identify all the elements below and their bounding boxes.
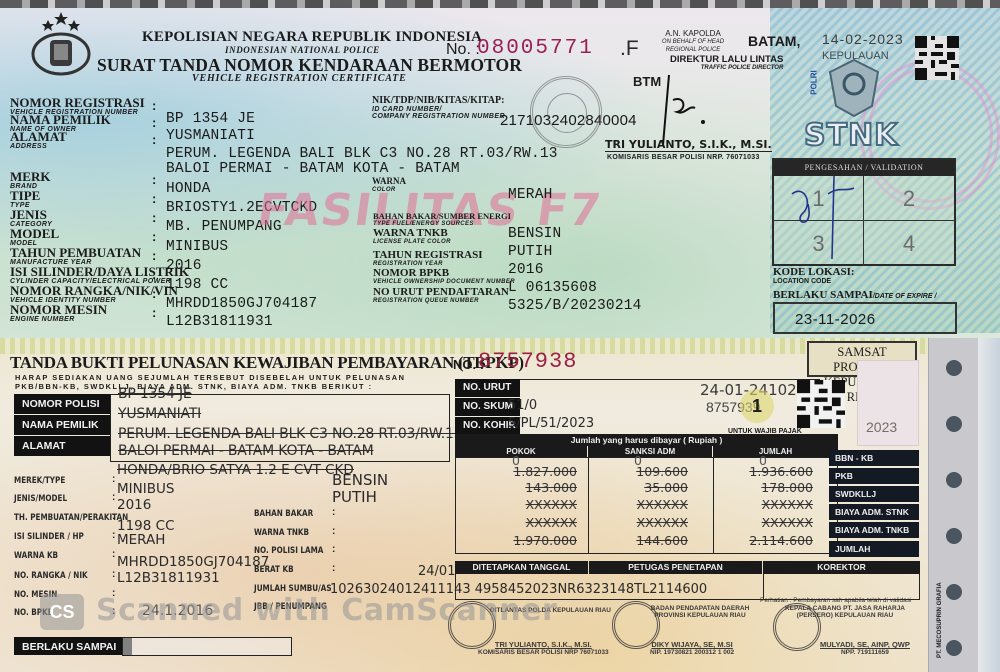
payment-item-label: SWDKLLJ (829, 486, 919, 502)
vehicle-value: MERAH (117, 532, 165, 548)
payment-cell-pokok: XXXXXX (455, 497, 577, 512)
stnk-value: MERAH (508, 187, 553, 203)
stnk-value: MINIBUS (166, 239, 228, 255)
payment-cell-sanksi: XXXXXX (588, 515, 688, 530)
signer-3: MULYADI, SE, AINP, QWPNPP. 719111659 (820, 640, 910, 656)
ref-kohir-value: 5/PL/51/2023 (508, 416, 594, 431)
label-colon: : (152, 191, 156, 206)
footer-col-corrector: KOREKTOR (763, 561, 920, 574)
document-title-en: VEHICLE REGISTRATION CERTIFICATE (192, 73, 407, 84)
ref-line (520, 379, 820, 380)
stnk-value: BENSIN (508, 226, 561, 242)
label-colon: : (152, 210, 156, 225)
issuer-position: DIREKTUR LALU LINTAS TRAFFIC POLICE DIRE… (670, 54, 783, 71)
stnk-value: PERUM. LEGENDA BALI BLK C3 NO.28 RT.03/R… (166, 146, 558, 162)
owner-label-plate: NOMOR POLISI (14, 394, 110, 414)
vehicle-value: PUTIH (332, 488, 377, 506)
label-colon: : (112, 530, 115, 541)
paper-edge (978, 338, 1000, 672)
vehicle-value: 2016 (117, 497, 151, 513)
tbpkp-number: 8757938 (478, 349, 577, 374)
footer-col-officer: PETUGAS PENETAPAN (589, 561, 762, 574)
owner-address-1: PERUM. LEGENDA BALI BLK C3 NO.28 RT.03/R… (118, 426, 462, 442)
vehicle-value: MHRDD1850GJ704187 (117, 554, 269, 570)
tbpkp-card: TANDA BUKTI PELUNASAN KEWAJIBAN PEMBAYAR… (0, 338, 1000, 672)
vehicle-label: MEREK/TYPE (14, 476, 65, 486)
footer-col-date: DITETAPKAN TANGGAL (455, 561, 588, 574)
stnk-value: 5325/B/20230214 (508, 298, 642, 314)
signer-1: TRI YULIANTO, S.I.K., M.SI.KOMISARIS BES… (478, 640, 609, 656)
stnk-value: L12B31811931 (166, 314, 273, 330)
payment-cell-jumlah: 2.114.600 (713, 533, 813, 548)
label-colon: : (332, 507, 335, 518)
label-colon: : (112, 511, 115, 522)
payment-cell-jumlah: XXXXXX (713, 497, 813, 512)
vehicle-label: BERAT KB (254, 565, 294, 575)
stnk-label: TAHUN PEMBUATANMANUFACTURE YEAR (10, 246, 141, 266)
vehicle-label: NO. POLISI LAMA (254, 546, 323, 556)
stnk-label: BAHAN BAKAR/SUMBER ENERGITYPE FUEL/ENERG… (373, 212, 511, 228)
payment-item-label: PKB (829, 468, 919, 484)
doc-number-suffix: .F (620, 37, 639, 61)
issuer-rank: KOMISARIS BESAR POLISI NRP. 76071033 (607, 154, 760, 161)
assessed-date: 24/01 (418, 564, 455, 579)
owner-plate: BP 1354 JE (118, 386, 192, 402)
doc-number: 08005771 (477, 37, 594, 60)
stnk-label: TAHUN REGISTRASIREGISTRATION YEAR (373, 250, 483, 268)
payment-instruction: HARAP SEDIAKAN UANG SEJUMLAH TERSEBUT DI… (15, 373, 405, 391)
round-stamp (530, 76, 602, 148)
location-code-label: KODE LOKASI: LOCATION CODE (773, 266, 855, 285)
vehicle-value: HONDA/BRIO SATYA 1.2 E CVT CKD (117, 462, 354, 478)
ref-skum-value: 51/0 (508, 398, 537, 413)
label-colon: : (152, 172, 156, 187)
payment-cell-pokok: 1.970.000 (455, 533, 577, 548)
payment-item-label: BIAYA ADM. STNK (829, 504, 919, 520)
label-colon: : (112, 492, 115, 503)
validation-notice: Perhatian : Pembayaran sah apabila telah… (760, 597, 911, 604)
expiry-box: 23-11-2026 (773, 302, 957, 334)
stnk-value: BP 1354 JE (166, 111, 255, 127)
stnk-label: WARNA TNKBLICENSE PLATE COLOR (373, 228, 451, 246)
stnk-value: BALOI PERMAI - BATAM KOTA - BATAM (166, 161, 460, 177)
vehicle-label: NO. RANGKA / NIK (14, 571, 88, 581)
agency-name: KEPOLISIAN NEGARA REPUBLIK INDONESIA (142, 29, 482, 46)
payment-item-label: JUMLAH (829, 541, 919, 557)
owner-label-name: NAMA PEMILIK (14, 415, 110, 435)
stnk-label: JENISCATEGORY (10, 208, 52, 228)
label-colon: : (152, 115, 156, 130)
label-colon: : (332, 544, 335, 555)
vehicle-label: JENIS/MODEL (14, 494, 67, 504)
stnk-hologram: KEPULAUAN POLRI STNK (800, 28, 910, 158)
on-behalf-label: A.N. KAPOLDA ON BEHALF OF HEAD REGIONAL … (658, 30, 728, 54)
payment-cell-jumlah: XXXXXX (713, 515, 813, 530)
camscanner-logo-icon: CS (40, 594, 84, 630)
payment-title: Jumlah yang harus dibayar ( Rupiah ) (455, 434, 838, 446)
agency-name-en: INDONESIAN NATIONAL POLICE (225, 45, 380, 55)
stnk-label: MERKBRAND (10, 170, 50, 190)
stnk-value: MHRDD1850GJ704187 (166, 296, 317, 312)
expiry-box-tbpkp (122, 637, 292, 656)
copy-number-badge: 1 (740, 389, 774, 423)
payment-cell-jumlah: 178.000 (713, 480, 813, 495)
label-colon: : (112, 569, 115, 580)
validation-cell-4: 4 (864, 221, 954, 266)
validation-cell-2: 2 (864, 176, 954, 221)
tbpkp-title: TANDA BUKTI PELUNASAN KEWAJIBAN PEMBAYAR… (10, 353, 524, 373)
payment-cell-sanksi: 35.000 (588, 480, 688, 495)
stnk-value: YUSMANIATI (166, 128, 255, 144)
label-colon: : (152, 98, 156, 113)
payment-cell-sanksi: 109.600 (588, 464, 688, 479)
label-colon: : (152, 132, 156, 147)
payment-cell-pokok: XXXXXX (455, 515, 577, 530)
payment-item-label: BIAYA ADM. TNKB (829, 522, 919, 538)
vehicle-label: WARNA TNKB (254, 528, 309, 538)
stnk-label: NOMOR BPKBVEHICLE OWNERSHIP DOCUMENT NUM… (373, 268, 515, 286)
nik-label: NIK/TDP/NIB/KITAS/KITAP: ID CARD NUMBER/… (372, 96, 505, 120)
ref-label-urut: NO. URUT (455, 379, 520, 397)
payment-cell-pokok: 143.000 (455, 480, 577, 495)
expiry-date: 23-11-2026 (795, 311, 876, 328)
payment-cell-sanksi: XXXXXX (588, 497, 688, 512)
stnk-label: ISI SILINDER/DAYA LISTRIKCYLINDER CAPACI… (10, 265, 189, 285)
payment-item-label: BBN - KB (829, 450, 919, 466)
label-colon: : (112, 474, 115, 485)
payment-cell-sanksi: 144.600 (588, 533, 688, 548)
signer-2: DIKY WIJAYA, SE, M.SINIP. 19730821 20031… (650, 640, 734, 656)
stnk-label: ALAMATADDRESS (10, 130, 67, 150)
stnk-label: TIPETYPE (10, 189, 40, 209)
tax-sticker: 2023 (857, 360, 919, 446)
vehicle-value: BENSIN (332, 471, 388, 489)
label-colon: : (152, 229, 156, 244)
signer-2-org: BADAN PENDAPATAN DAERAH PROVINSI KEPULAU… (640, 605, 760, 619)
printer-name: PT. MECOSUPRIN GRAFIA (937, 582, 943, 658)
signer-3-org: KEPALA CABANG PT. JASA RAHARJA (PERSERO)… (770, 605, 920, 619)
vehicle-label: BAHAN BAKAR (254, 509, 313, 519)
expiry-label: BERLAKU SAMPAI/DATE OF EXPIRE / (773, 289, 936, 301)
vehicle-label: ISI SILINDER / HP (14, 532, 84, 542)
stnk-value: PUTIH (508, 244, 553, 260)
stnk-label: NO URUT PENDAFTARANREGISTRATION QUEUE NU… (373, 287, 509, 305)
owner-label-address: ALAMAT (14, 436, 110, 456)
validation-signature-icon (784, 174, 864, 264)
payment-cell-pokok: 1.827.000 (455, 464, 577, 479)
vehicle-value: MINIBUS (117, 481, 174, 497)
guilloche-border (0, 338, 930, 354)
police-badge-icon (826, 58, 882, 118)
stnk-label: WARNACOLOR (372, 176, 406, 194)
police-emblem-icon (26, 10, 96, 80)
camscanner-watermark: Scanned with CamScanner (96, 593, 557, 628)
stnk-value: HONDA (166, 181, 211, 197)
vehicle-label: WARNA KB (14, 551, 58, 561)
label-colon: : (332, 526, 335, 537)
issue-city: BATAM, (748, 33, 800, 49)
vehicle-value: L12B31811931 (117, 570, 220, 586)
torn-edge (0, 0, 1000, 8)
label-colon: : (332, 563, 335, 574)
payment-cell-jumlah: 1.936.600 (713, 464, 813, 479)
owner-name: YUSMANIATI (118, 406, 201, 422)
qr-code-icon (797, 380, 845, 428)
label-colon: : (152, 286, 156, 301)
label-colon: : (112, 549, 115, 560)
stnk-value: L 06135608 (508, 280, 597, 296)
owner-address-2: BALOI PERMAI - BATAM KOTA - BATAM (118, 443, 374, 459)
label-colon: : (152, 248, 156, 263)
issuer-name: TRI YULIANTO, S.I.K., M.SI. (605, 138, 772, 152)
perforated-strip: PT. MECOSUPRIN GRAFIA (928, 338, 978, 672)
expiry-label-tbpkp: BERLAKU SAMPAI (14, 637, 132, 655)
stnk-card: KEPOLISIAN NEGARA REPUBLIK INDONESIA IND… (0, 0, 1000, 338)
label-colon: : (152, 305, 156, 320)
label-colon: : (152, 267, 156, 282)
stnk-label: MODELMODEL (10, 227, 59, 247)
qr-code-icon (915, 36, 959, 80)
validation-box: PENGESAHAN / VALIDATION 1 2 3 4 (772, 158, 956, 266)
doc-number-label: No. : (446, 41, 480, 59)
stnk-label: NOMOR MESINENGINE NUMBER (10, 303, 107, 323)
sticker-year: 2023 (866, 419, 897, 435)
